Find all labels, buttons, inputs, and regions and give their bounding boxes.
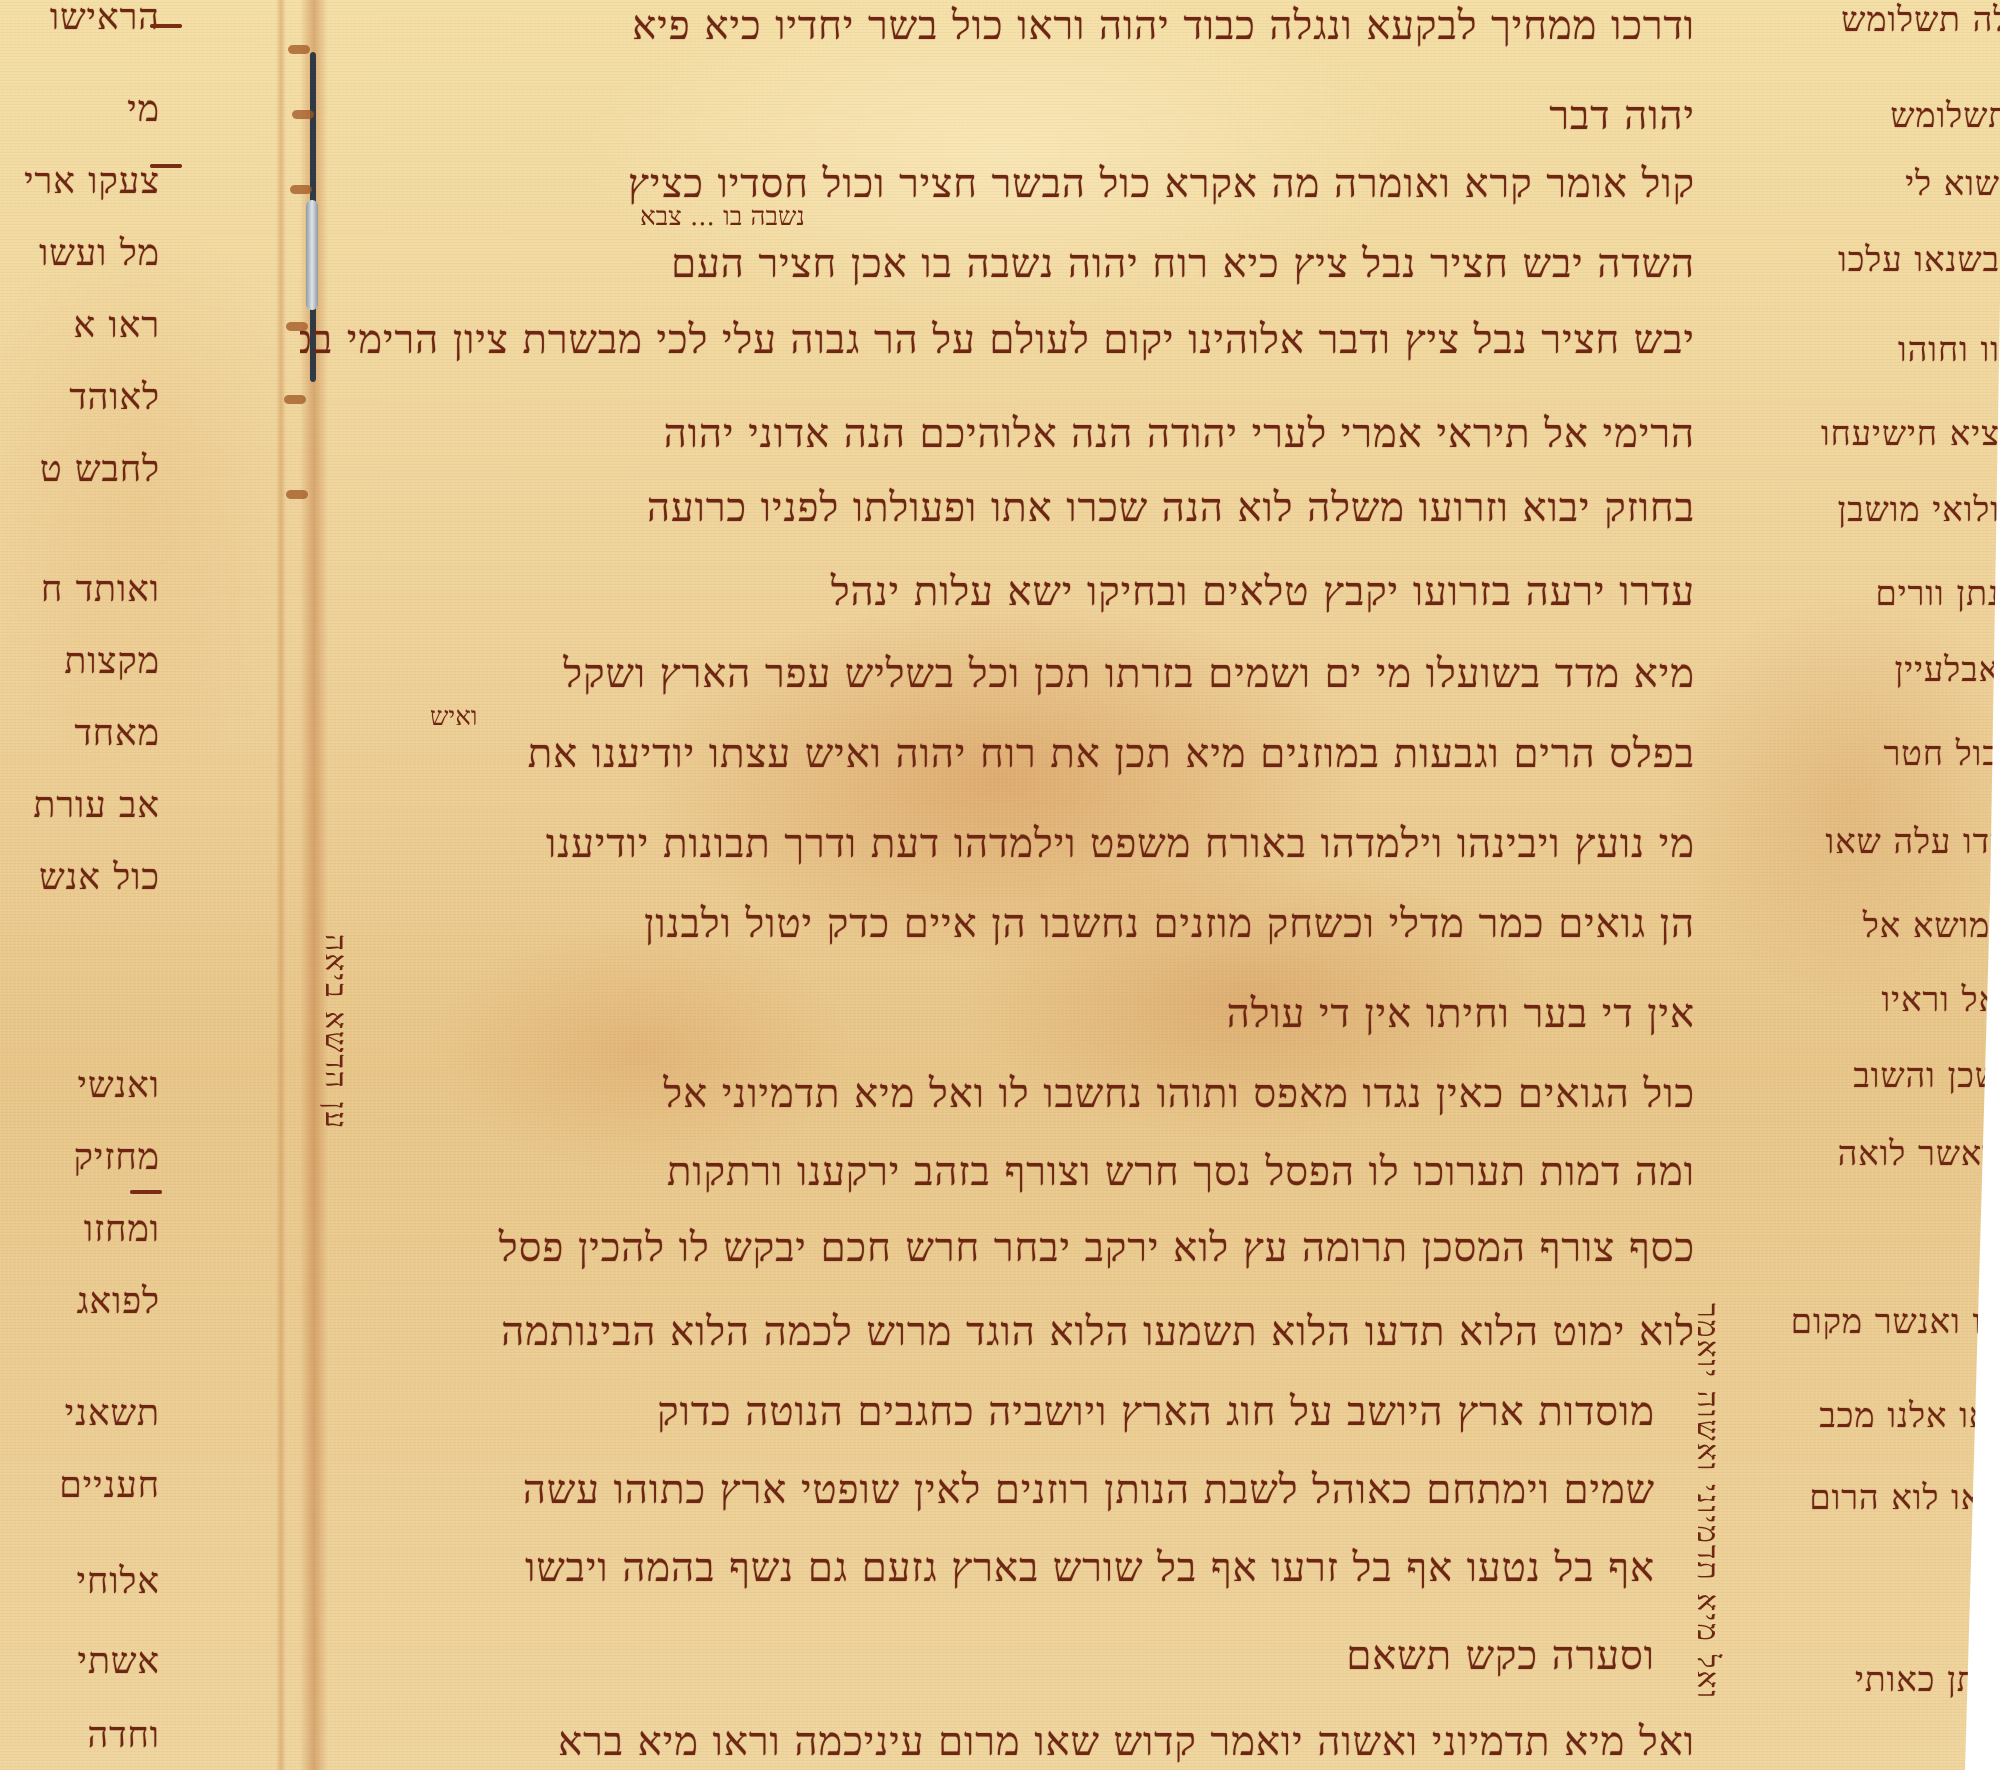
- main-line: בפלס הרים וגבעות במוזנים מיא תכן את רוח …: [528, 730, 1695, 778]
- right-line: ציא חישיעחו: [1821, 410, 2000, 458]
- right-line: נתן וורים: [1876, 570, 2000, 618]
- right-line: רו ואנשר מקום: [1791, 1298, 2000, 1346]
- main-line: ואל מיא תדמיוני ואשוה יואמר קדוש שאו מרו…: [558, 1718, 1695, 1766]
- main-line: מוסדות ארץ היושב על חוג הארץ ויושביה כחג…: [657, 1388, 1655, 1436]
- right-line: אבלעיין: [1895, 646, 2000, 694]
- paragraph-mark: [150, 24, 182, 28]
- left-line: מחזיק: [74, 1134, 160, 1182]
- main-line: וסערה כקש תשאם: [1346, 1632, 1655, 1680]
- left-line: ואנשי: [78, 1062, 160, 1110]
- supralinear-correction: נשבה בו ... צבא: [640, 202, 805, 232]
- main-line: הן גואים כמר מדלי וכשחק מוזנים נחשבו הן …: [644, 900, 1695, 948]
- left-line: ראו א: [73, 302, 160, 350]
- right-line: אל וראיו: [1881, 976, 2000, 1024]
- main-line: ומה דמות תערוכו לו הפסל נסך חרש וצורף בז…: [667, 1148, 1695, 1196]
- main-line: בחוזק יבוא וזרועו משלה לוא הנה שכרו אתו …: [647, 484, 1695, 532]
- left-line: כול אנש: [39, 854, 160, 902]
- paragraph-mark: [130, 1190, 162, 1194]
- main-line: אין די בער וחיתו אין די עולה: [1227, 990, 1695, 1038]
- right-line: וו וחוהו: [1898, 326, 2000, 374]
- right-line: ידו עלה שאו: [1826, 818, 2000, 866]
- left-line: לפואג: [77, 1278, 160, 1326]
- left-column: הראישו מי צעקו ארי מל ועשו ראו א לאוהד ל…: [0, 0, 160, 1770]
- main-line: כול הגואים כאין נגדו מאפס ותוהו נחשבו לו…: [663, 1070, 1695, 1118]
- left-line: מי: [127, 86, 160, 134]
- right-line: ראשר לואה: [1838, 1130, 2000, 1178]
- right-line: ראו לוא הרום: [1809, 1474, 2000, 1522]
- right-line: שכן והשוב: [1853, 1052, 2000, 1100]
- parchment-photo: הראישו מי צעקו ארי מל ועשו ראו א לאוהד ל…: [0, 0, 2000, 1770]
- main-line: כסף צורף המסכן תרומה עץ לוא ירקב יבחר חר…: [499, 1224, 1695, 1272]
- right-line: בשנאו עלכו: [1838, 236, 2000, 284]
- left-line: לאוהד: [69, 374, 160, 422]
- left-line: ואותד ח: [41, 566, 160, 614]
- main-column: ודרכו ממחיך לבקעא ונגלה כבוד יהוה וראו כ…: [300, 0, 1695, 1770]
- right-line: שוא לי: [1905, 160, 2000, 208]
- left-line: לחבש ט: [40, 446, 160, 494]
- left-line: ומחזו: [84, 1206, 160, 1254]
- left-line: מאחד: [74, 710, 160, 758]
- supralinear-correction: ואיש: [430, 702, 477, 732]
- left-column-stain: [276, 0, 286, 1770]
- main-line: יבש חציר נבל ציץ ודבר אלוהינו יקום לעולם…: [300, 316, 1695, 364]
- main-line: השדה יבש חציר נבל ציץ כיא רוח יהוה נשבה …: [671, 240, 1695, 288]
- main-line: ודרכו ממחיך לבקעא ונגלה כבוד יהוה וראו כ…: [632, 2, 1695, 50]
- right-line: כול חטר: [1884, 730, 2000, 778]
- main-line: הרימי אל תיראי אמרי לערי יהודה הנה אלוהי…: [664, 410, 1695, 458]
- main-line: לוא ימוט הלוא תדעו הלוא תשמעו הלוא הוגד …: [501, 1308, 1695, 1356]
- right-column: כגלה תשלומש תשלומש שוא לי בשנאו עלכו וו …: [1740, 0, 2000, 1770]
- main-line: יהוה דבר: [1549, 92, 1695, 140]
- left-line: אב עורת: [33, 782, 160, 830]
- left-line: חעניים: [59, 1462, 160, 1510]
- left-line: מקצות: [64, 638, 160, 686]
- left-line: תשאני: [65, 1390, 160, 1438]
- main-line: מי נועץ ויבינהו וילמדהו באורח משפט וילמד…: [546, 820, 1695, 868]
- left-line: מל ועשו: [39, 230, 160, 278]
- left-line: הראישו: [50, 0, 160, 42]
- right-line: אתן כאותי: [1855, 1656, 2000, 1704]
- right-line: תשלומש: [1890, 92, 2000, 140]
- left-line: וחדה: [87, 1712, 160, 1760]
- marginal-note-right: ואל מיא תדמיוני ואשוה יואמר: [1690, 850, 1725, 1700]
- main-line: קול אומר קרא ואומרה מה אקרא כול הבשר חצי…: [628, 160, 1695, 208]
- main-line: אף בל נטעו אף בל זרעו אף בל שורש בארץ גז…: [525, 1544, 1655, 1592]
- main-line: עדרו ירעה בזרועו יקבץ טלאים ובחיקו ישא ע…: [831, 568, 1695, 616]
- right-line: ואו אלנו מכב: [1819, 1392, 2000, 1440]
- right-line: כגלה תשלומש: [1841, 0, 2000, 44]
- left-line: אלוחי: [77, 1558, 160, 1606]
- main-line: מיא מדד בשועלו מי ים ושמים בזרתו תכן וכל…: [563, 650, 1695, 698]
- left-line: אשתי: [78, 1638, 161, 1686]
- right-line: ומושא אל: [1863, 902, 2000, 950]
- main-line: שמים וימתחם כאוהל לשבת הנותן רוזנים לאין…: [523, 1466, 1655, 1514]
- left-line: צעקו ארי: [24, 158, 160, 206]
- right-line: ולואי מושבן: [1838, 486, 2000, 534]
- paragraph-mark: [150, 164, 182, 168]
